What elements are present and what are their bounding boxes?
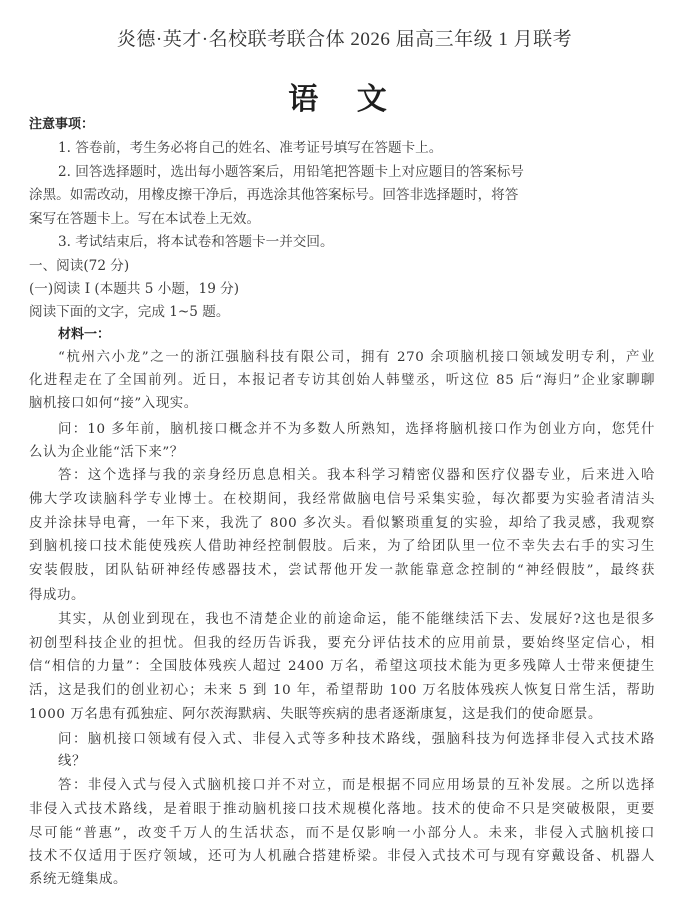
instruction: 阅读下面的文字，完成 1~5 题。 bbox=[29, 302, 659, 322]
passage-line: 非侵入式技术路线，是着眼于推动脑机接口技术规模化落地。技术的使命不只是突破极限，… bbox=[29, 800, 655, 820]
passage-line: 答：非侵入式与侵入式脑机接口并不对立，而是根据不同应用场景的互补发展。之所以选择 bbox=[58, 776, 655, 796]
passage-line: 到脑机接口技术能使残疾人借助神经控制假肢。后来，为了给团队里一位不幸失去右手的实… bbox=[29, 537, 655, 557]
subject-title: 语 文 bbox=[0, 74, 689, 118]
passage-line: 么认为企业能“活下来”？ bbox=[29, 443, 659, 463]
passage-line: 脑机接口如何“接”入现实。 bbox=[29, 394, 659, 414]
passage-line: 活，这是我们的创业初心；未来 5 到 10 年，希望帮助 100 万名肢体残疾人… bbox=[29, 681, 655, 701]
passage-line: “杭州六小龙”之一的浙江强脑科技有限公司，拥有 270 余项脑机接口领域发明专利… bbox=[58, 348, 655, 368]
passage-line: 皮并涂抹导电膏，一年下来，我洗了 800 多次头。看似繁琐重复的实验，却给了我灵… bbox=[29, 514, 655, 534]
passage-line: 系统无缝集成。 bbox=[29, 870, 659, 890]
note-line: 涂黑。如需改动，用橡皮擦干净后，再选涂其他答案标号。回答非选择题时，将答 bbox=[29, 185, 659, 205]
note-line: 1. 答卷前，考生务必将自己的姓名、准考证号填写在答题卡上。 bbox=[58, 138, 688, 158]
note-line: 3. 考试结束后，将本试卷和答题卡一并交回。 bbox=[58, 232, 688, 252]
passage-line: 问：脑机接口领域有侵入式、非侵入式等多种技术路线，强脑科技为何选择非侵入式技术路 bbox=[58, 730, 655, 750]
passage-line: 尽可能“普惠”，改变千万人的生活状态，而不是仅影响一小部分人。未来，非侵入式脑机… bbox=[29, 824, 655, 844]
notes-heading: 注意事项： bbox=[29, 115, 659, 135]
passage-line: 化进程走在了全国前列。近日，本报记者专访其创始人韩璧丞，听这位 85 后“海归”… bbox=[29, 371, 655, 391]
passage-line: 佛大学攻读脑科学专业博士。在校期间，我经常做脑电信号采集实验，每次都要为实验者清… bbox=[29, 490, 655, 510]
exam-page: 炎德·英才·名校联考联合体 2026 届高三年级 1 月联考 语 文 注意事项：… bbox=[0, 0, 689, 907]
passage-line: 得成功。 bbox=[29, 586, 659, 606]
note-line: 2. 回答选择题时，选出每小题答案后，用铅笔把答题卡上对应题目的答案标号 bbox=[58, 162, 688, 182]
passage-line: 安装假肢，团队钻研神经传感器技术，尝试帮他开发一款能靠意念控制的“神经假肢”，最… bbox=[29, 561, 655, 581]
passage-line: 初创型科技企业的担忧。但我的经历告诉我，要充分评估技术的应用前景，要始终坚定信心… bbox=[29, 634, 655, 654]
subsection-title: (一)阅读 I (本题共 5 小题，19 分) bbox=[29, 279, 659, 299]
note-line: 案写在答题卡上。写在本试卷上无效。 bbox=[29, 209, 659, 229]
passage-line: 问：10 多年前，脑机接口概念并不为多数人所熟知，选择将脑机接口作为创业方向，您… bbox=[58, 420, 655, 440]
passage-line: 信“相信的力量”：全国肢体残疾人超过 2400 万名，希望这项技术能为更多残障人… bbox=[29, 657, 655, 677]
section-title: 一、阅读(72 分) bbox=[29, 256, 659, 276]
passage-line: 其实，从创业到现在，我也不清楚企业的前途命运，能不能继续活下去、发展好?这也是很… bbox=[58, 610, 655, 630]
exam-title: 炎德·英才·名校联考联合体 2026 届高三年级 1 月联考 bbox=[0, 24, 689, 51]
passage-line: 技术不仅适用于医疗领域，还可为人机融合搭建桥梁。非侵入式技术可与现有穿戴设备、机… bbox=[29, 847, 655, 867]
material-label: 材料一： bbox=[58, 325, 688, 345]
passage-line: 线？ bbox=[58, 752, 688, 772]
passage-line: 1000 万名患有孤独症、阿尔茨海默病、失眠等疾病的患者逐渐康复，这是我们的使命… bbox=[29, 705, 659, 725]
passage-line: 答：这个选择与我的亲身经历息息相关。我本科学习精密仪器和医疗仪器专业，后来进入哈 bbox=[58, 466, 655, 486]
